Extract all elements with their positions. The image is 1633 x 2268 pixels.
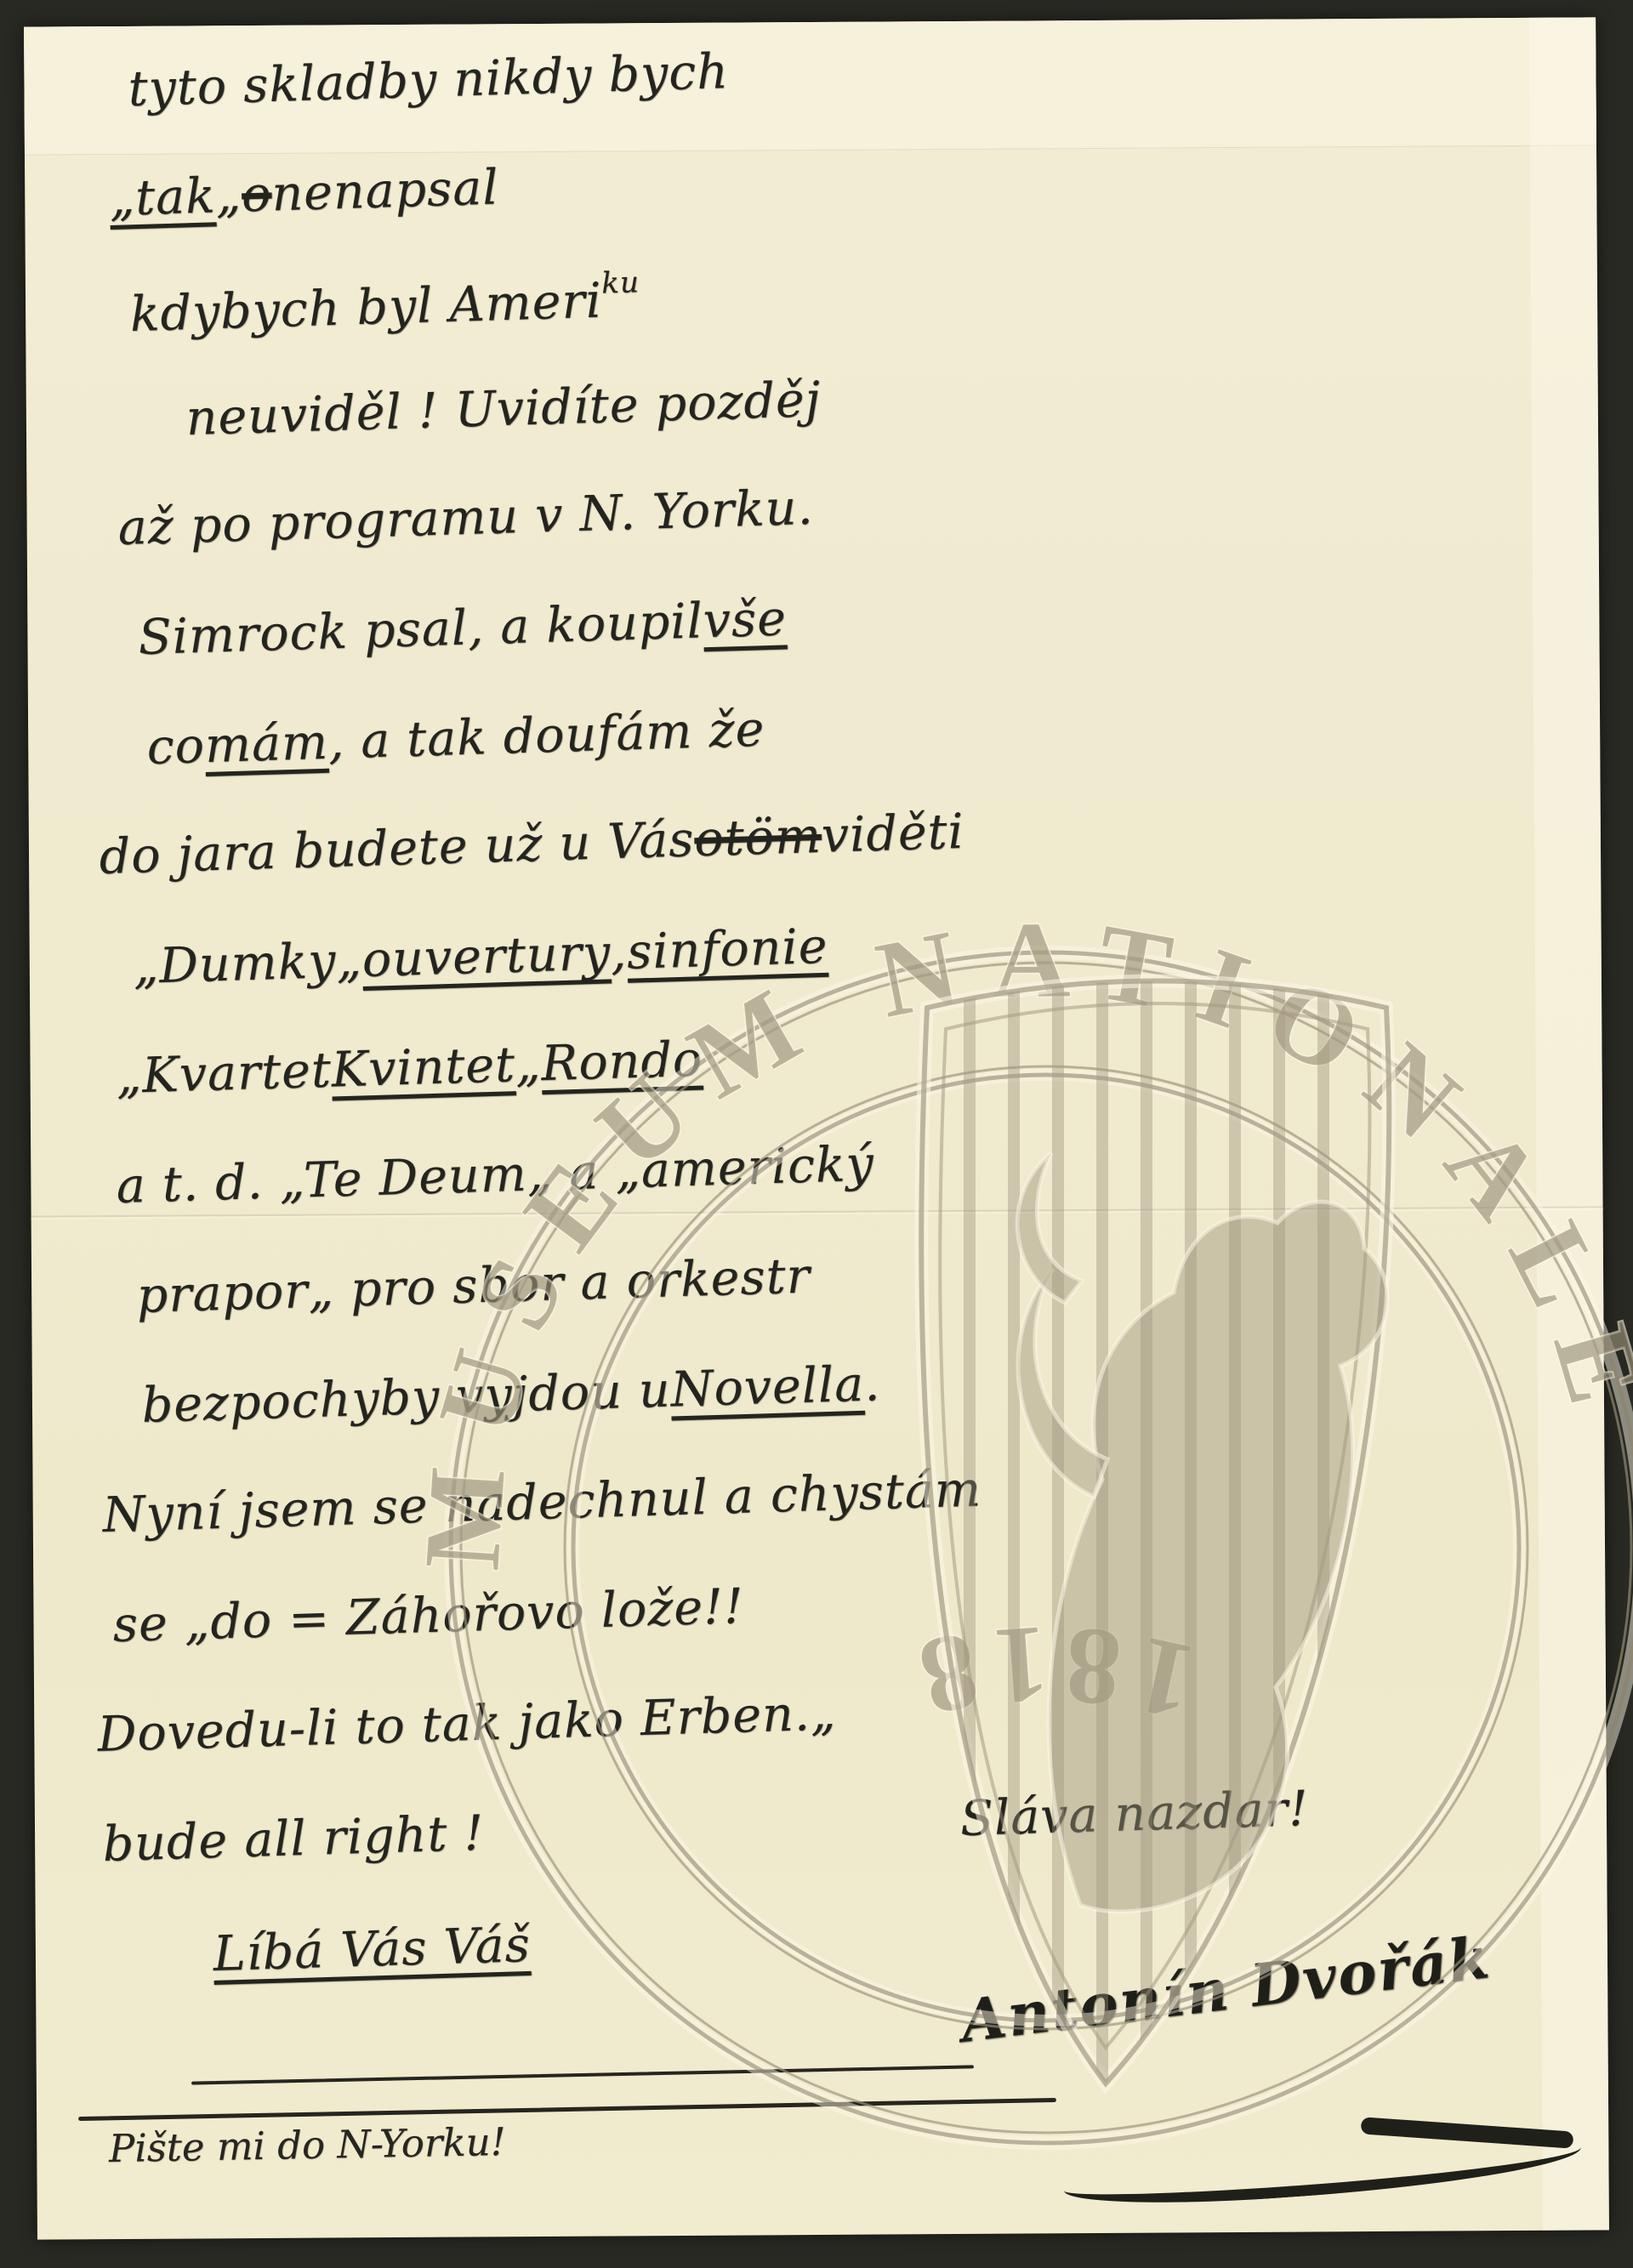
letter-text: co (146, 718, 206, 776)
letter-text: kdybych byl Ameri (129, 273, 603, 343)
letter-text: o (241, 166, 272, 223)
letter-text: ku (601, 265, 640, 300)
letter-text: „Kvartet (116, 1043, 333, 1105)
letter-text: vše (703, 590, 788, 649)
letter-text: Sláva nazdar! (959, 1781, 1310, 1847)
letter-text: „tak (109, 168, 217, 227)
letter-text: viděti (821, 804, 965, 864)
letter-text: Líbá Vás Váš (213, 1917, 532, 1982)
paper-right-margin (1529, 17, 1609, 2230)
letter-text: nenapsal (270, 159, 499, 222)
letter-lines: tyto skladby nikdy bych„tak„ onenapsalkd… (78, 61, 1337, 2036)
letter-text: „Dumky„ (133, 932, 363, 995)
letter-text: . (863, 1356, 881, 1413)
letter-text: , (610, 924, 628, 981)
letter-text: ouvertury (361, 924, 612, 988)
letter-text: otöm (693, 808, 822, 867)
letter-text: Rondo (540, 1032, 703, 1093)
letter-text: , a tak doufám že (327, 701, 765, 770)
letter-text: „ (215, 167, 242, 224)
letter-text: Kvintet (331, 1037, 516, 1098)
letter-text: mám (204, 714, 329, 774)
letter-text: Novella (670, 1356, 865, 1418)
letter-text: sinfonie (626, 918, 828, 981)
postscript-text: Pište mi do N-Yorku! (109, 2119, 507, 2171)
scanned-letter-scene: tyto skladby nikdy bych„tak„ onenapsalkd… (0, 0, 1633, 2268)
letter-text: „ (515, 1036, 542, 1093)
letter-text: bude all right ! (102, 1805, 485, 1873)
